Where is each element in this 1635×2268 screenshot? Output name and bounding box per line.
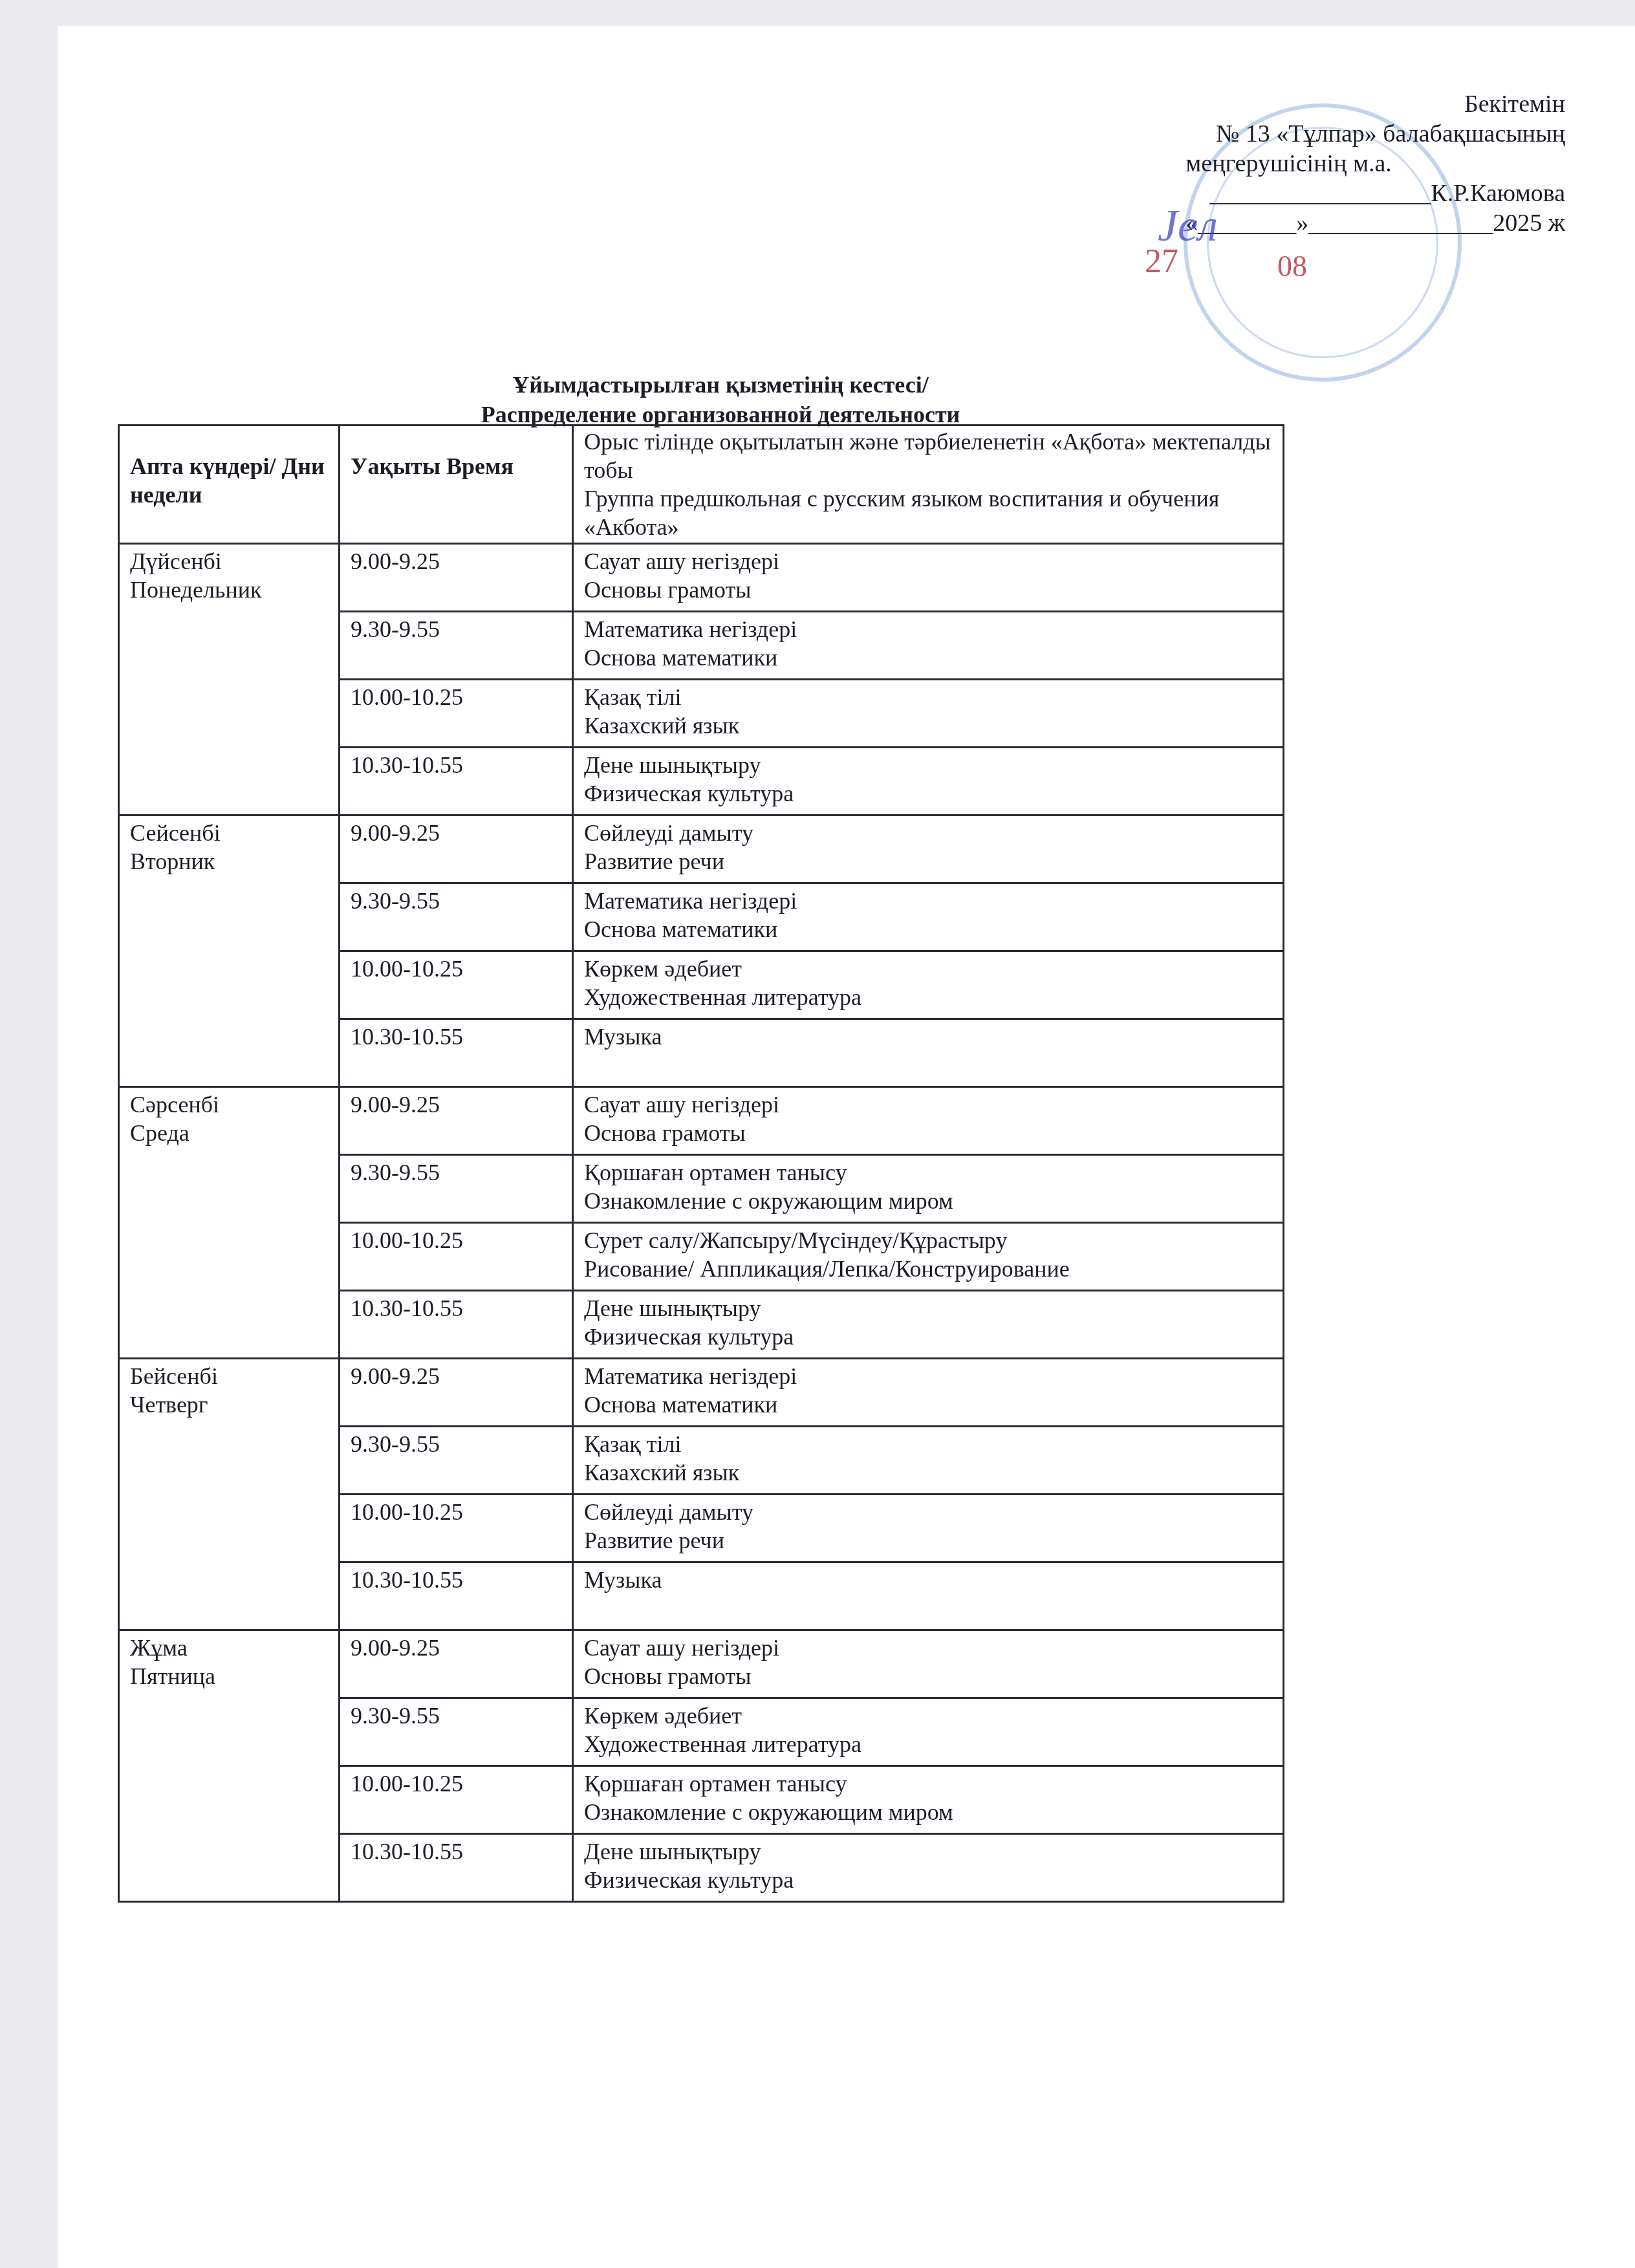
day-cell: БейсенбіЧетверг xyxy=(119,1359,340,1630)
day-cell: СәрсенбіСреда xyxy=(119,1087,340,1359)
activity-kz: Қазақ тілі xyxy=(584,683,1275,711)
time-cell: 10.00-10.25 xyxy=(340,1766,573,1834)
table-header-row: Апта күндері/ Дни недели Уақыты Время Ор… xyxy=(119,426,1284,544)
day-cell: СейсенбіВторник xyxy=(119,815,340,1087)
activity-kz: Қазақ тілі xyxy=(584,1430,1275,1458)
time-cell: 10.30-10.55 xyxy=(340,1291,573,1359)
activity-cell: Сауат ашу негіздеріОснова грамоты xyxy=(573,1087,1284,1155)
time-cell: 9.30-9.55 xyxy=(340,1698,573,1766)
activity-cell: Қазақ тіліКазахский язык xyxy=(573,680,1284,748)
approval-signer: __________________К.Р.Каюмова xyxy=(1186,178,1565,208)
activity-kz: Сөйлеуді дамыту xyxy=(584,1498,1275,1526)
time-cell: 9.30-9.55 xyxy=(340,1427,573,1495)
time-cell: 9.30-9.55 xyxy=(340,612,573,680)
header-group: Орыс тілінде оқытылатын және тәрбиеленет… xyxy=(573,426,1284,544)
activity-kz: Сауат ашу негіздері xyxy=(584,1634,1275,1662)
day-ru: Пятница xyxy=(130,1662,330,1690)
day-kz: Дүйсенбі xyxy=(130,547,330,576)
approval-org: № 13 «Тұлпар» балабақшасының xyxy=(1186,119,1565,149)
activity-ru: Ознакомление с окружающим миром xyxy=(584,1798,1275,1826)
activity-ru: Физическая культура xyxy=(584,779,1275,808)
table-row: ДүйсенбіПонедельник9.00-9.25Сауат ашу не… xyxy=(119,544,1284,612)
activity-cell: Дене шынықтыруФизическая культура xyxy=(573,748,1284,815)
approval-block: Бекітемін № 13 «Тұлпар» балабақшасының м… xyxy=(1186,89,1565,238)
time-cell: 10.00-10.25 xyxy=(340,680,573,748)
time-cell: 9.30-9.55 xyxy=(340,883,573,951)
activity-ru: Основа математики xyxy=(584,643,1275,672)
activity-ru: Физическая культура xyxy=(584,1866,1275,1894)
activity-cell: Сөйлеуді дамытуРазвитие речи xyxy=(573,1495,1284,1562)
time-cell: 10.30-10.55 xyxy=(340,1562,573,1630)
activity-kz: Математика негіздері xyxy=(584,887,1275,915)
activity-cell: Қоршаған ортамен танысуОзнакомление с ок… xyxy=(573,1155,1284,1223)
header-group-ru: Группа предшкольная с русским языком вос… xyxy=(584,484,1275,541)
day-cell: ЖұмаПятница xyxy=(119,1630,340,1902)
activity-ru: Физическая культура xyxy=(584,1323,1275,1351)
activity-cell: Математика негіздеріОснова математики xyxy=(573,1359,1284,1427)
activity-kz: Музыка xyxy=(584,1566,1275,1594)
activity-cell: Дене шынықтыруФизическая культура xyxy=(573,1291,1284,1359)
day-kz: Жұма xyxy=(130,1634,330,1662)
header-time: Уақыты Время xyxy=(340,426,573,544)
handwritten-month: 08 xyxy=(1277,249,1307,283)
activity-ru: Развитие речи xyxy=(584,847,1275,876)
activity-cell: Сурет салу/Жапсыру/Мүсіндеу/ҚұрастыруРис… xyxy=(573,1223,1284,1291)
day-ru: Четверг xyxy=(130,1390,330,1419)
activity-cell: Көркем әдебиетХудожественная литература xyxy=(573,1698,1284,1766)
activity-cell: Қазақ тіліКазахский язык xyxy=(573,1427,1284,1495)
time-cell: 10.00-10.25 xyxy=(340,951,573,1019)
activity-kz: Сурет салу/Жапсыру/Мүсіндеу/Құрастыру xyxy=(584,1226,1275,1255)
activity-cell: Музыка xyxy=(573,1019,1284,1087)
day-kz: Сәрсенбі xyxy=(130,1090,330,1119)
activity-cell: Музыка xyxy=(573,1562,1284,1630)
day-ru: Вторник xyxy=(130,847,330,876)
activity-ru: Основа грамоты xyxy=(584,1119,1275,1147)
time-cell: 10.00-10.25 xyxy=(340,1495,573,1562)
activity-kz: Қоршаған ортамен танысу xyxy=(584,1769,1275,1798)
activity-cell: Математика негіздеріОснова математики xyxy=(573,883,1284,951)
activity-kz: Сауат ашу негіздері xyxy=(584,1090,1275,1119)
activity-cell: Қоршаған ортамен танысуОзнакомление с ок… xyxy=(573,1766,1284,1834)
approval-heading: Бекітемін xyxy=(1186,89,1565,119)
time-cell: 10.00-10.25 xyxy=(340,1223,573,1291)
time-cell: 9.30-9.55 xyxy=(340,1155,573,1223)
handwritten-day: 27 xyxy=(1145,243,1178,281)
activity-ru: Казахский язык xyxy=(584,711,1275,740)
day-kz: Сейсенбі xyxy=(130,819,330,847)
day-kz: Бейсенбі xyxy=(130,1362,330,1390)
day-ru: Понедельник xyxy=(130,576,330,604)
time-cell: 9.00-9.25 xyxy=(340,1359,573,1427)
title-kz: Ұйымдастырылған қызметінің кестесі/ xyxy=(0,370,1635,400)
time-cell: 9.00-9.25 xyxy=(340,544,573,612)
activity-kz: Музыка xyxy=(584,1022,1275,1051)
activity-cell: Дене шынықтыруФизическая культура xyxy=(573,1834,1284,1902)
activity-ru: Ознакомление с окружающим миром xyxy=(584,1187,1275,1215)
activity-kz: Көркем әдебиет xyxy=(584,1701,1275,1730)
time-cell: 9.00-9.25 xyxy=(340,815,573,883)
activity-cell: Сөйлеуді дамытуРазвитие речи xyxy=(573,815,1284,883)
activity-cell: Сауат ашу негіздеріОсновы грамоты xyxy=(573,544,1284,612)
activity-ru: Рисование/ Аппликация/Лепка/Конструирова… xyxy=(584,1255,1275,1283)
activity-cell: Математика негіздеріОснова математики xyxy=(573,612,1284,680)
activity-ru: Основа математики xyxy=(584,1390,1275,1419)
time-cell: 10.30-10.55 xyxy=(340,748,573,815)
time-cell: 9.00-9.25 xyxy=(340,1630,573,1698)
day-cell: ДүйсенбіПонедельник xyxy=(119,544,340,815)
activity-cell: Сауат ашу негіздеріОсновы грамоты xyxy=(573,1630,1284,1698)
approval-position: меңгерушісінің м.а. xyxy=(1186,149,1565,178)
activity-kz: Қоршаған ортамен танысу xyxy=(584,1158,1275,1187)
activity-kz: Дене шынықтыру xyxy=(584,1837,1275,1866)
document-title: Ұйымдастырылған қызметінің кестесі/ Расп… xyxy=(0,370,1635,429)
table-row: СәрсенбіСреда9.00-9.25Сауат ашу негіздер… xyxy=(119,1087,1284,1155)
activity-kz: Математика негіздері xyxy=(584,615,1275,643)
time-cell: 10.30-10.55 xyxy=(340,1834,573,1902)
header-day: Апта күндері/ Дни недели xyxy=(119,426,340,544)
activity-ru: Развитие речи xyxy=(584,1526,1275,1555)
activity-ru: Художественная литература xyxy=(584,1730,1275,1758)
schedule-table: Апта күндері/ Дни недели Уақыты Время Ор… xyxy=(118,424,1284,1903)
day-ru: Среда xyxy=(130,1119,330,1147)
time-cell: 9.00-9.25 xyxy=(340,1087,573,1155)
activity-kz: Көркем әдебиет xyxy=(584,955,1275,983)
table-row: БейсенбіЧетверг9.00-9.25Математика негіз… xyxy=(119,1359,1284,1427)
table-row: СейсенбіВторник9.00-9.25Сөйлеуді дамытуР… xyxy=(119,815,1284,883)
activity-kz: Дене шынықтыру xyxy=(584,751,1275,779)
approval-date: «________»_______________2025 ж xyxy=(1186,208,1565,238)
time-cell: 10.30-10.55 xyxy=(340,1019,573,1087)
activity-ru: Казахский язык xyxy=(584,1458,1275,1487)
activity-kz: Сауат ашу негіздері xyxy=(584,547,1275,576)
activity-ru: Художественная литература xyxy=(584,983,1275,1011)
activity-ru: Основы грамоты xyxy=(584,576,1275,604)
table-row: ЖұмаПятница9.00-9.25Сауат ашу негіздеріО… xyxy=(119,1630,1284,1698)
activity-cell: Көркем әдебиетХудожественная литература xyxy=(573,951,1284,1019)
activity-kz: Сөйлеуді дамыту xyxy=(584,819,1275,847)
activity-ru: Основы грамоты xyxy=(584,1662,1275,1690)
activity-kz: Дене шынықтыру xyxy=(584,1294,1275,1323)
activity-ru: Основа математики xyxy=(584,915,1275,944)
header-group-kz: Орыс тілінде оқытылатын және тәрбиеленет… xyxy=(584,427,1275,484)
activity-kz: Математика негіздері xyxy=(584,1362,1275,1390)
